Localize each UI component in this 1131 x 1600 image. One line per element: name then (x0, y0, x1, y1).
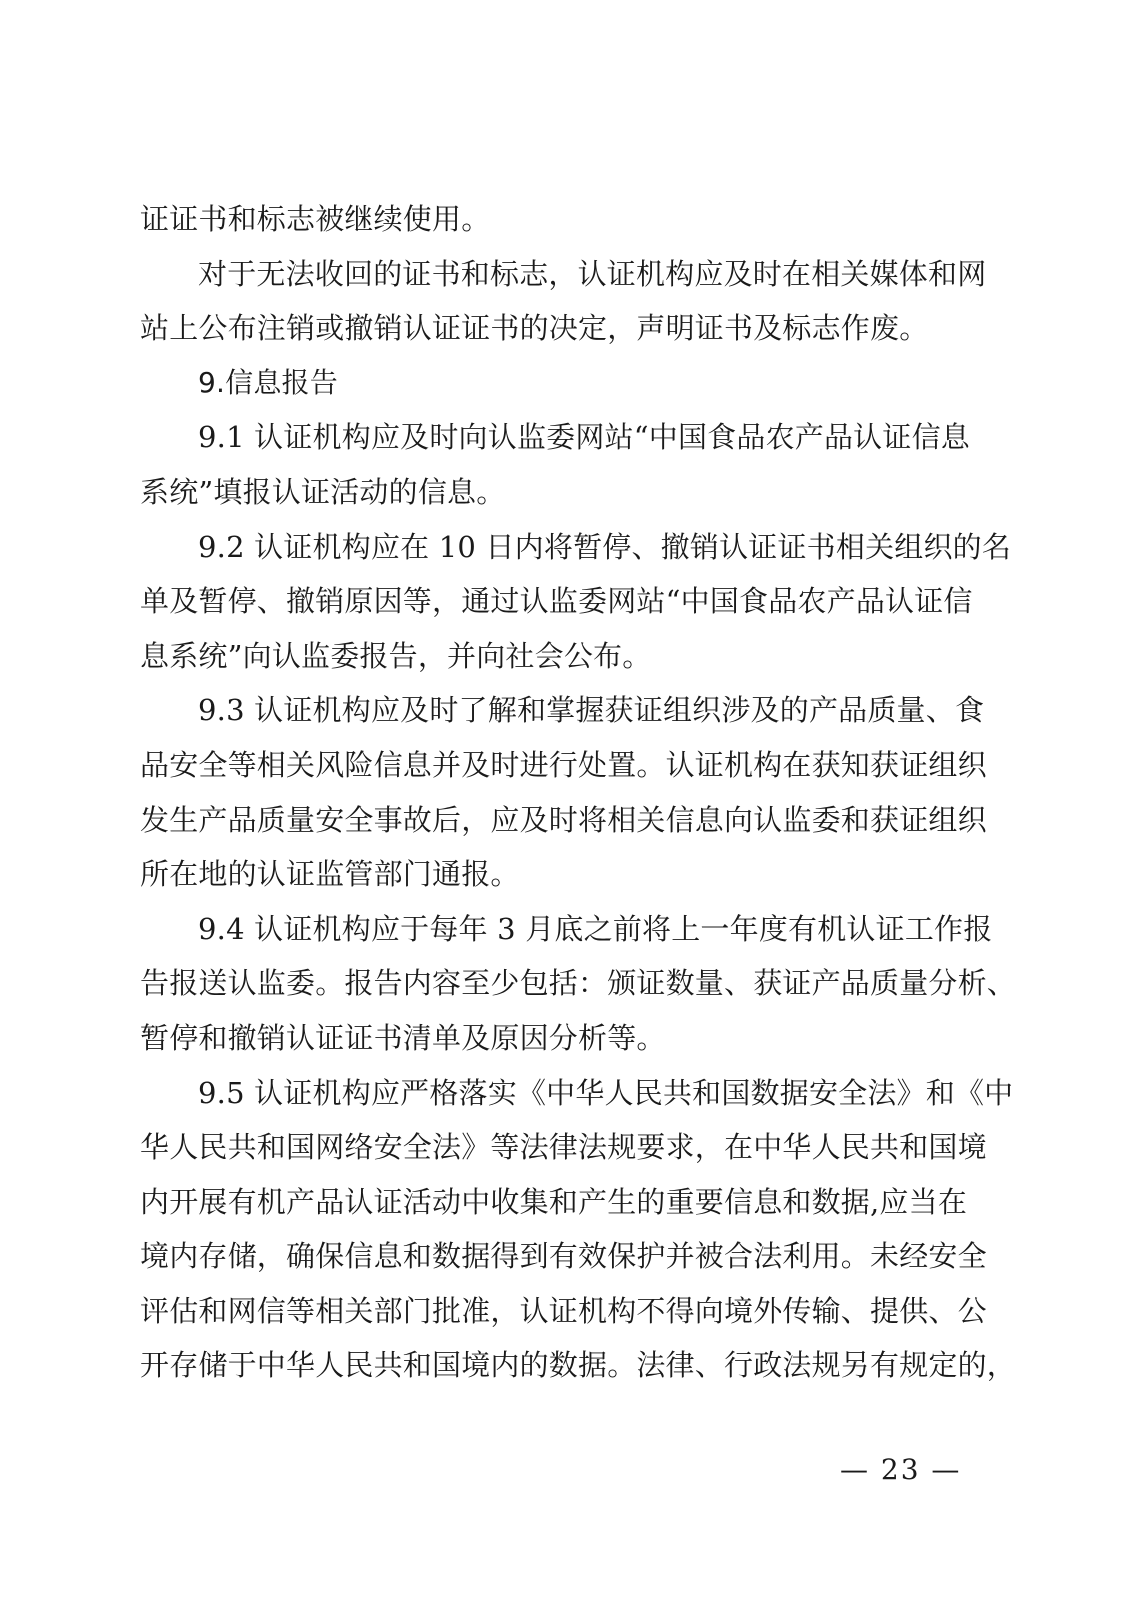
text-line: 境内存储，确保信息和数据得到有效保护并被合法利用。未经安全 (140, 1229, 990, 1284)
text-line: 9.4 认证机构应于每年 3 月底之前将上一年度有机认证工作报 (140, 902, 990, 957)
text-line: 开存储于中华人民共和国境内的数据。法律、行政法规另有规定的， (140, 1338, 990, 1393)
text-line: 品安全等相关风险信息并及时进行处置。认证机构在获知获证组织 (140, 738, 990, 793)
text-line: 暂停和撤销认证证书清单及原因分析等。 (140, 1011, 990, 1066)
text-line: 内开展有机产品认证活动中收集和产生的重要信息和数据,应当在 (140, 1175, 990, 1230)
text-line: 华人民共和国网络安全法》等法律法规要求，在中华人民共和国境 (140, 1120, 990, 1175)
text-line: 所在地的认证监管部门通报。 (140, 847, 990, 902)
text-line: 9.5 认证机构应严格落实《中华人民共和国数据安全法》和《中 (140, 1066, 990, 1121)
text-line: 9.1 认证机构应及时向认监委网站“中国食品农产品认证信息 (140, 410, 990, 465)
text-line: 系统”填报认证活动的信息。 (140, 465, 990, 520)
text-line: 发生产品质量安全事故后，应及时将相关信息向认监委和获证组织 (140, 793, 990, 848)
text-line: 证证书和标志被继续使用。 (140, 192, 990, 247)
text-line: 对于无法收回的证书和标志，认证机构应及时在相关媒体和网 (140, 247, 990, 302)
document-body: 证证书和标志被继续使用。 对于无法收回的证书和标志，认证机构应及时在相关媒体和网… (140, 192, 990, 1393)
text-line: 评估和网信等相关部门批准，认证机构不得向境外传输、提供、公 (140, 1284, 990, 1339)
text-line: 9.2 认证机构应在 10 日内将暂停、撤销认证证书相关组织的名 (140, 520, 990, 575)
text-line: 站上公布注销或撤销认证证书的决定，声明证书及标志作废。 (140, 301, 990, 356)
text-line: 告报送认监委。报告内容至少包括：颁证数量、获证产品质量分析、 (140, 956, 990, 1011)
text-line: 单及暂停、撤销原因等，通过认监委网站“中国食品农产品认证信 (140, 574, 990, 629)
section-heading: 9.信息报告 (140, 356, 990, 411)
page-number: — 23 — (840, 1450, 961, 1490)
text-line: 9.3 认证机构应及时了解和掌握获证组织涉及的产品质量、食 (140, 683, 990, 738)
text-line: 息系统”向认监委报告，并向社会公布。 (140, 629, 990, 684)
